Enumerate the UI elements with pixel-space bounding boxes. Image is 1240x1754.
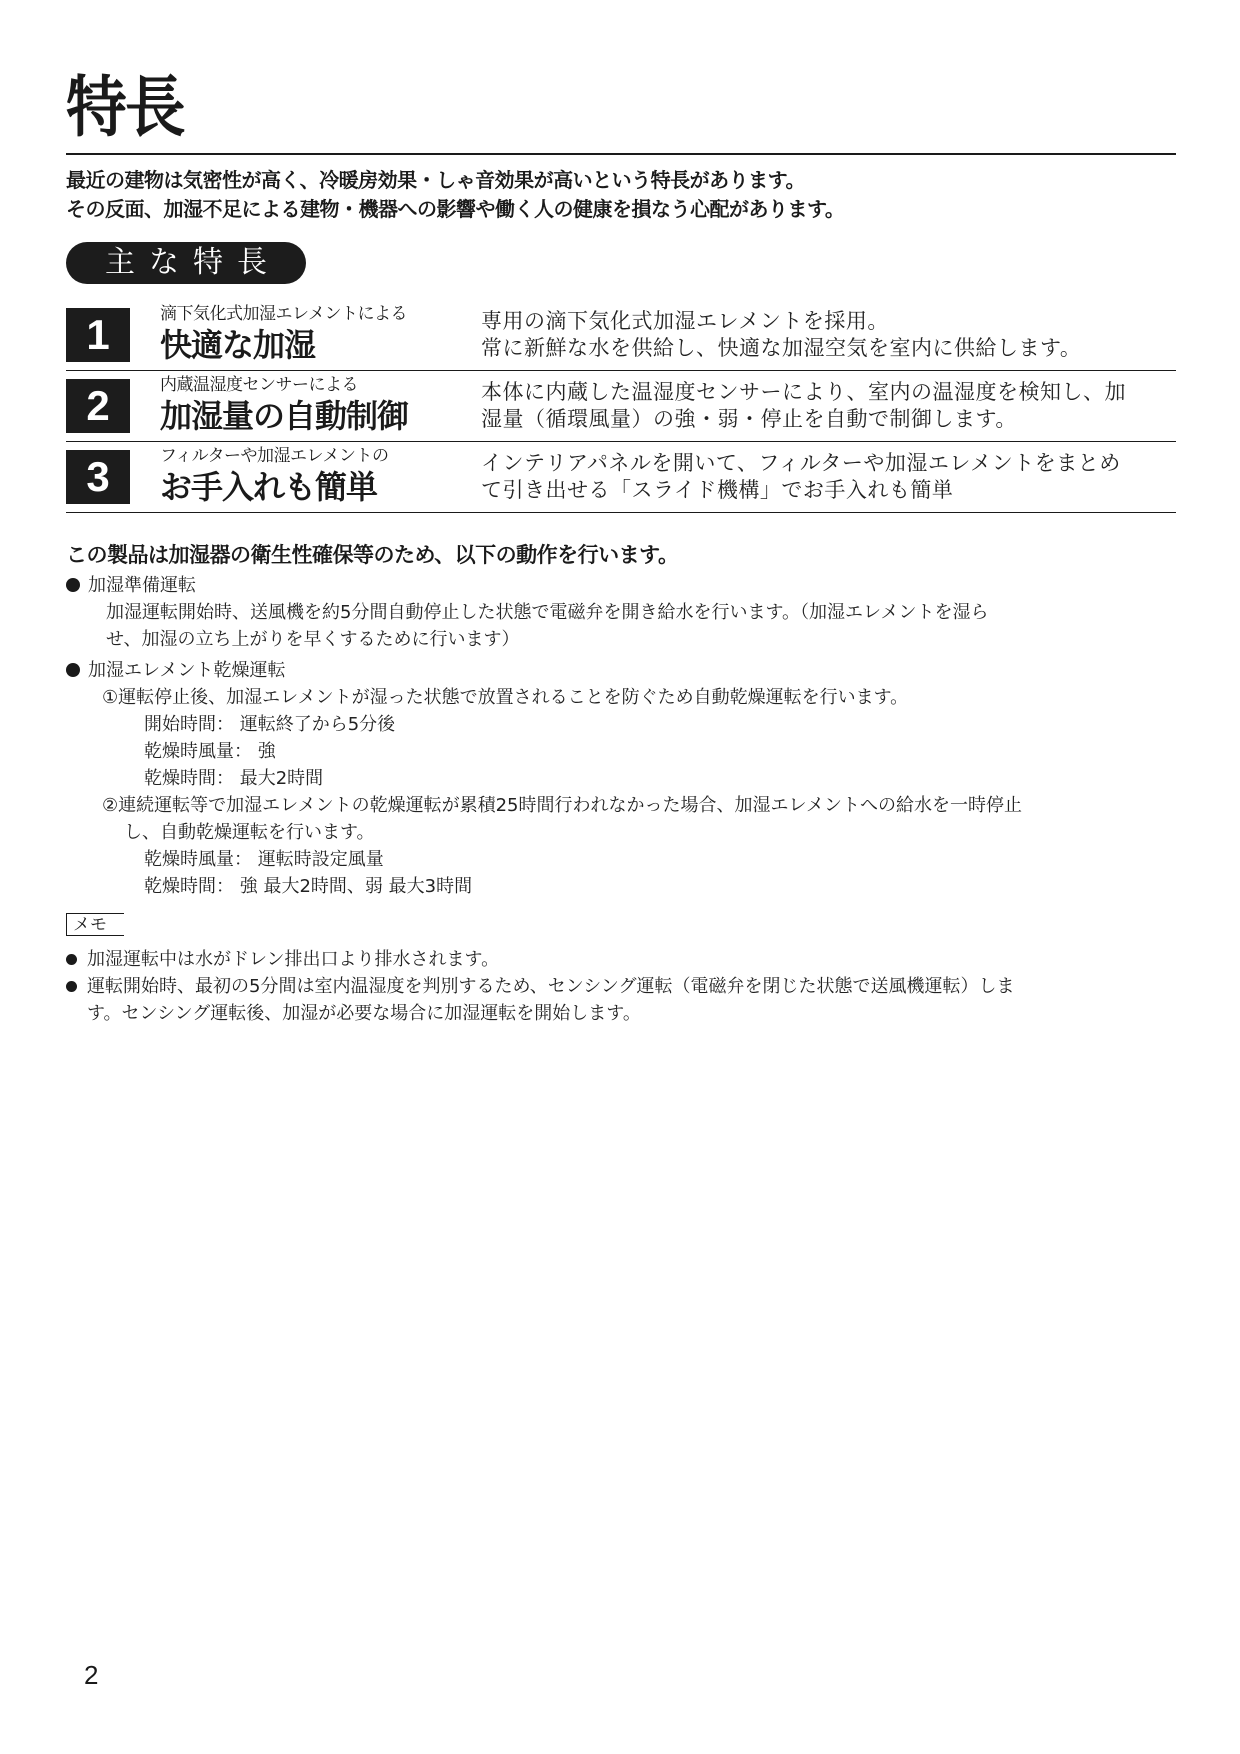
memo-note-line: 運転開始時、最初の5分間は室内温湿度を判別するため、センシング運転（電磁弁を閉じ… — [87, 976, 1014, 997]
feature-title: 加湿量の自動制御 — [160, 397, 408, 435]
page-title: 特長 — [66, 68, 184, 148]
feature-description: インテリアパネルを開いて、フィルターや加湿エレメントをまとめ て引き出せる「スラ… — [481, 450, 1181, 504]
intro-text: 最近の建物は気密性が高く、冷暖房効果・しゃ音効果が高いという特長があります。 そ… — [66, 166, 844, 224]
feature-subtitle: フィルターや加湿エレメントの — [160, 446, 388, 466]
feature-title: お手入れも簡単 — [160, 468, 377, 506]
section-pill-main-features: 主な特長 — [66, 242, 306, 284]
feature-row-2: 2 内蔵温湿度センサーによる 加湿量の自動制御 本体に内蔵した温湿度センサーによ… — [66, 371, 1176, 442]
dry-detail: 乾燥時間： 最大2時間 — [144, 765, 1022, 792]
prep-label: 加湿準備運転 — [88, 575, 196, 596]
page-number: 2 — [84, 1660, 98, 1691]
memo-tag: メモ — [66, 913, 124, 936]
feature-desc-line: 専用の滴下気化式加湿エレメントを採用。 — [481, 308, 1181, 335]
dry-detail: 開始時間： 運転終了から5分後 — [144, 711, 1022, 738]
intro-line: その反面、加湿不足による建物・機器への影響や働く人の健康を損なう心配があります。 — [66, 195, 844, 224]
dry-detail: 乾燥時間： 強 最大2時間、弱 最大3時間 — [144, 873, 1022, 900]
feature-desc-line: 湿量（循環風量）の強・弱・停止を自動で制御します。 — [481, 406, 1181, 433]
feature-desc-line: インテリアパネルを開いて、フィルターや加湿エレメントをまとめ — [481, 450, 1181, 477]
feature-number-badge: 3 — [66, 450, 130, 504]
memo-note-1: 加湿運転中は水がドレン排出口より排水されます。 — [66, 946, 499, 973]
title-divider — [66, 153, 1176, 155]
dry-label: 加湿エレメント乾燥運転 — [88, 660, 285, 681]
memo-label: メモ — [73, 915, 107, 935]
dry-item1-text: ①運転停止後、加湿エレメントが湿った状態で放置されることを防ぐため自動乾燥運転を… — [102, 684, 1022, 711]
bullet-icon — [66, 578, 80, 592]
bullet-icon — [66, 981, 77, 992]
prep-line: せ、加湿の立ち上がりを早くするために行います） — [106, 626, 988, 653]
feature-number-badge: 1 — [66, 308, 130, 362]
feature-description: 専用の滴下気化式加湿エレメントを採用。 常に新鮮な水を供給し、快適な加湿空気を室… — [481, 308, 1181, 362]
prep-line: 加湿運転開始時、送風機を約5分間自動停止した状態で電磁弁を開き給水を行います。（… — [106, 599, 988, 626]
feature-subtitle: 滴下気化式加湿エレメントによる — [160, 304, 407, 324]
prep-operation: 加湿準備運転 加湿運転開始時、送風機を約5分間自動停止した状態で電磁弁を開き給水… — [66, 572, 988, 653]
feature-row-3: 3 フィルターや加湿エレメントの お手入れも簡単 インテリアパネルを開いて、フィ… — [66, 442, 1176, 513]
feature-desc-line: 常に新鮮な水を供給し、快適な加湿空気を室内に供給します。 — [481, 335, 1181, 362]
memo-note-line: 加湿運転中は水がドレン排出口より排水されます。 — [87, 949, 499, 970]
operations-heading: この製品は加湿器の衛生性確保等のため、以下の動作を行います。 — [66, 540, 678, 570]
feature-subtitle: 内蔵温湿度センサーによる — [160, 375, 358, 395]
dry-operation: 加湿エレメント乾燥運転 ①運転停止後、加湿エレメントが湿った状態で放置されること… — [66, 657, 1022, 900]
feature-row-1: 1 滴下気化式加湿エレメントによる 快適な加湿 専用の滴下気化式加湿エレメントを… — [66, 300, 1176, 371]
dry-detail: 乾燥時風量： 強 — [144, 738, 1022, 765]
feature-number-badge: 2 — [66, 379, 130, 433]
memo-note-2: 運転開始時、最初の5分間は室内温湿度を判別するため、センシング運転（電磁弁を閉じ… — [66, 973, 1014, 1027]
feature-desc-line: 本体に内蔵した温湿度センサーにより、室内の温湿度を検知し、加 — [481, 379, 1181, 406]
feature-description: 本体に内蔵した温湿度センサーにより、室内の温湿度を検知し、加 湿量（循環風量）の… — [481, 379, 1181, 433]
dry-detail: 乾燥時風量： 運転時設定風量 — [144, 846, 1022, 873]
dry-item2-line: し、自動乾燥運転を行います。 — [102, 819, 1022, 846]
bullet-icon — [66, 663, 80, 677]
feature-desc-line: て引き出せる「スライド機構」でお手入れも簡単 — [481, 477, 1181, 504]
feature-title: 快適な加湿 — [160, 326, 315, 364]
intro-line: 最近の建物は気密性が高く、冷暖房効果・しゃ音効果が高いという特長があります。 — [66, 166, 844, 195]
dry-item2-line: ②連続運転等で加湿エレメントの乾燥運転が累積25時間行われなかった場合、加湿エレ… — [102, 792, 1022, 819]
bullet-icon — [66, 954, 77, 965]
memo-note-line: す。センシング運転後、加湿が必要な場合に加湿運転を開始します。 — [66, 1000, 1014, 1027]
